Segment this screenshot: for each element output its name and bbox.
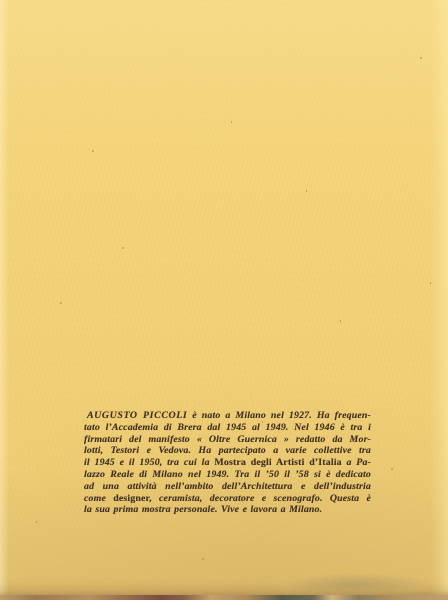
paper-speck: [391, 468, 393, 470]
bio-text: ceramista, decoratore e scenografo. Ques…: [152, 493, 371, 504]
bio-text: il 1945 e il 1950, tra cui la: [84, 457, 214, 468]
bio-text: è nato a Milano nel 1927. Ha frequen-: [187, 410, 371, 421]
scanned-book-page: AUGUSTO PICCOLI è nato a Milano nel 1927…: [0, 0, 448, 600]
bio-line: il 1945 e il 1950, tra cui la Mostra deg…: [84, 457, 371, 469]
paper-speck: [60, 302, 62, 304]
paper-speck: [430, 282, 431, 284]
bio-line: lotti, Testori e Vedova. Ha partecipato …: [84, 445, 371, 457]
bio-line: la sua prima mostra personale. Vive e la…: [84, 504, 371, 516]
paper-speck: [122, 247, 124, 249]
paper-speck: [202, 558, 204, 560]
bio-text: come: [84, 493, 113, 504]
bio-line: AUGUSTO PICCOLI è nato a Milano nel 1927…: [84, 410, 371, 422]
bio-line: tato l’Accademia di Brera dal 1945 al 19…: [84, 422, 371, 434]
paper-speck: [231, 121, 232, 123]
paper-speck: [92, 150, 94, 152]
bio-paragraph: AUGUSTO PICCOLI è nato a Milano nel 1927…: [84, 410, 371, 516]
paper-speck: [306, 190, 307, 192]
page-bottom-edge: [0, 595, 448, 600]
bio-line: come designer, ceramista, decoratore e s…: [84, 493, 371, 505]
paper-speck: [340, 320, 341, 322]
paper-speck: [36, 521, 37, 523]
paper-speck: [262, 421, 263, 423]
bio-text-roman: Mostra degli Artisti d’Italia: [214, 457, 341, 468]
bio-line: firmatari del manifesto « Oltre Guernica…: [84, 434, 371, 446]
paper-speck: [420, 57, 422, 59]
bio-line: lazzo Reale di Milano nel 1949. Tra il ’…: [84, 469, 371, 481]
bio-line: ad una attività nell’ambito dell’Archite…: [84, 481, 371, 493]
bio-text-roman: designer,: [113, 493, 152, 504]
bio-text: a Pa-: [342, 457, 371, 468]
artist-name: AUGUSTO PICCOLI: [87, 410, 187, 421]
